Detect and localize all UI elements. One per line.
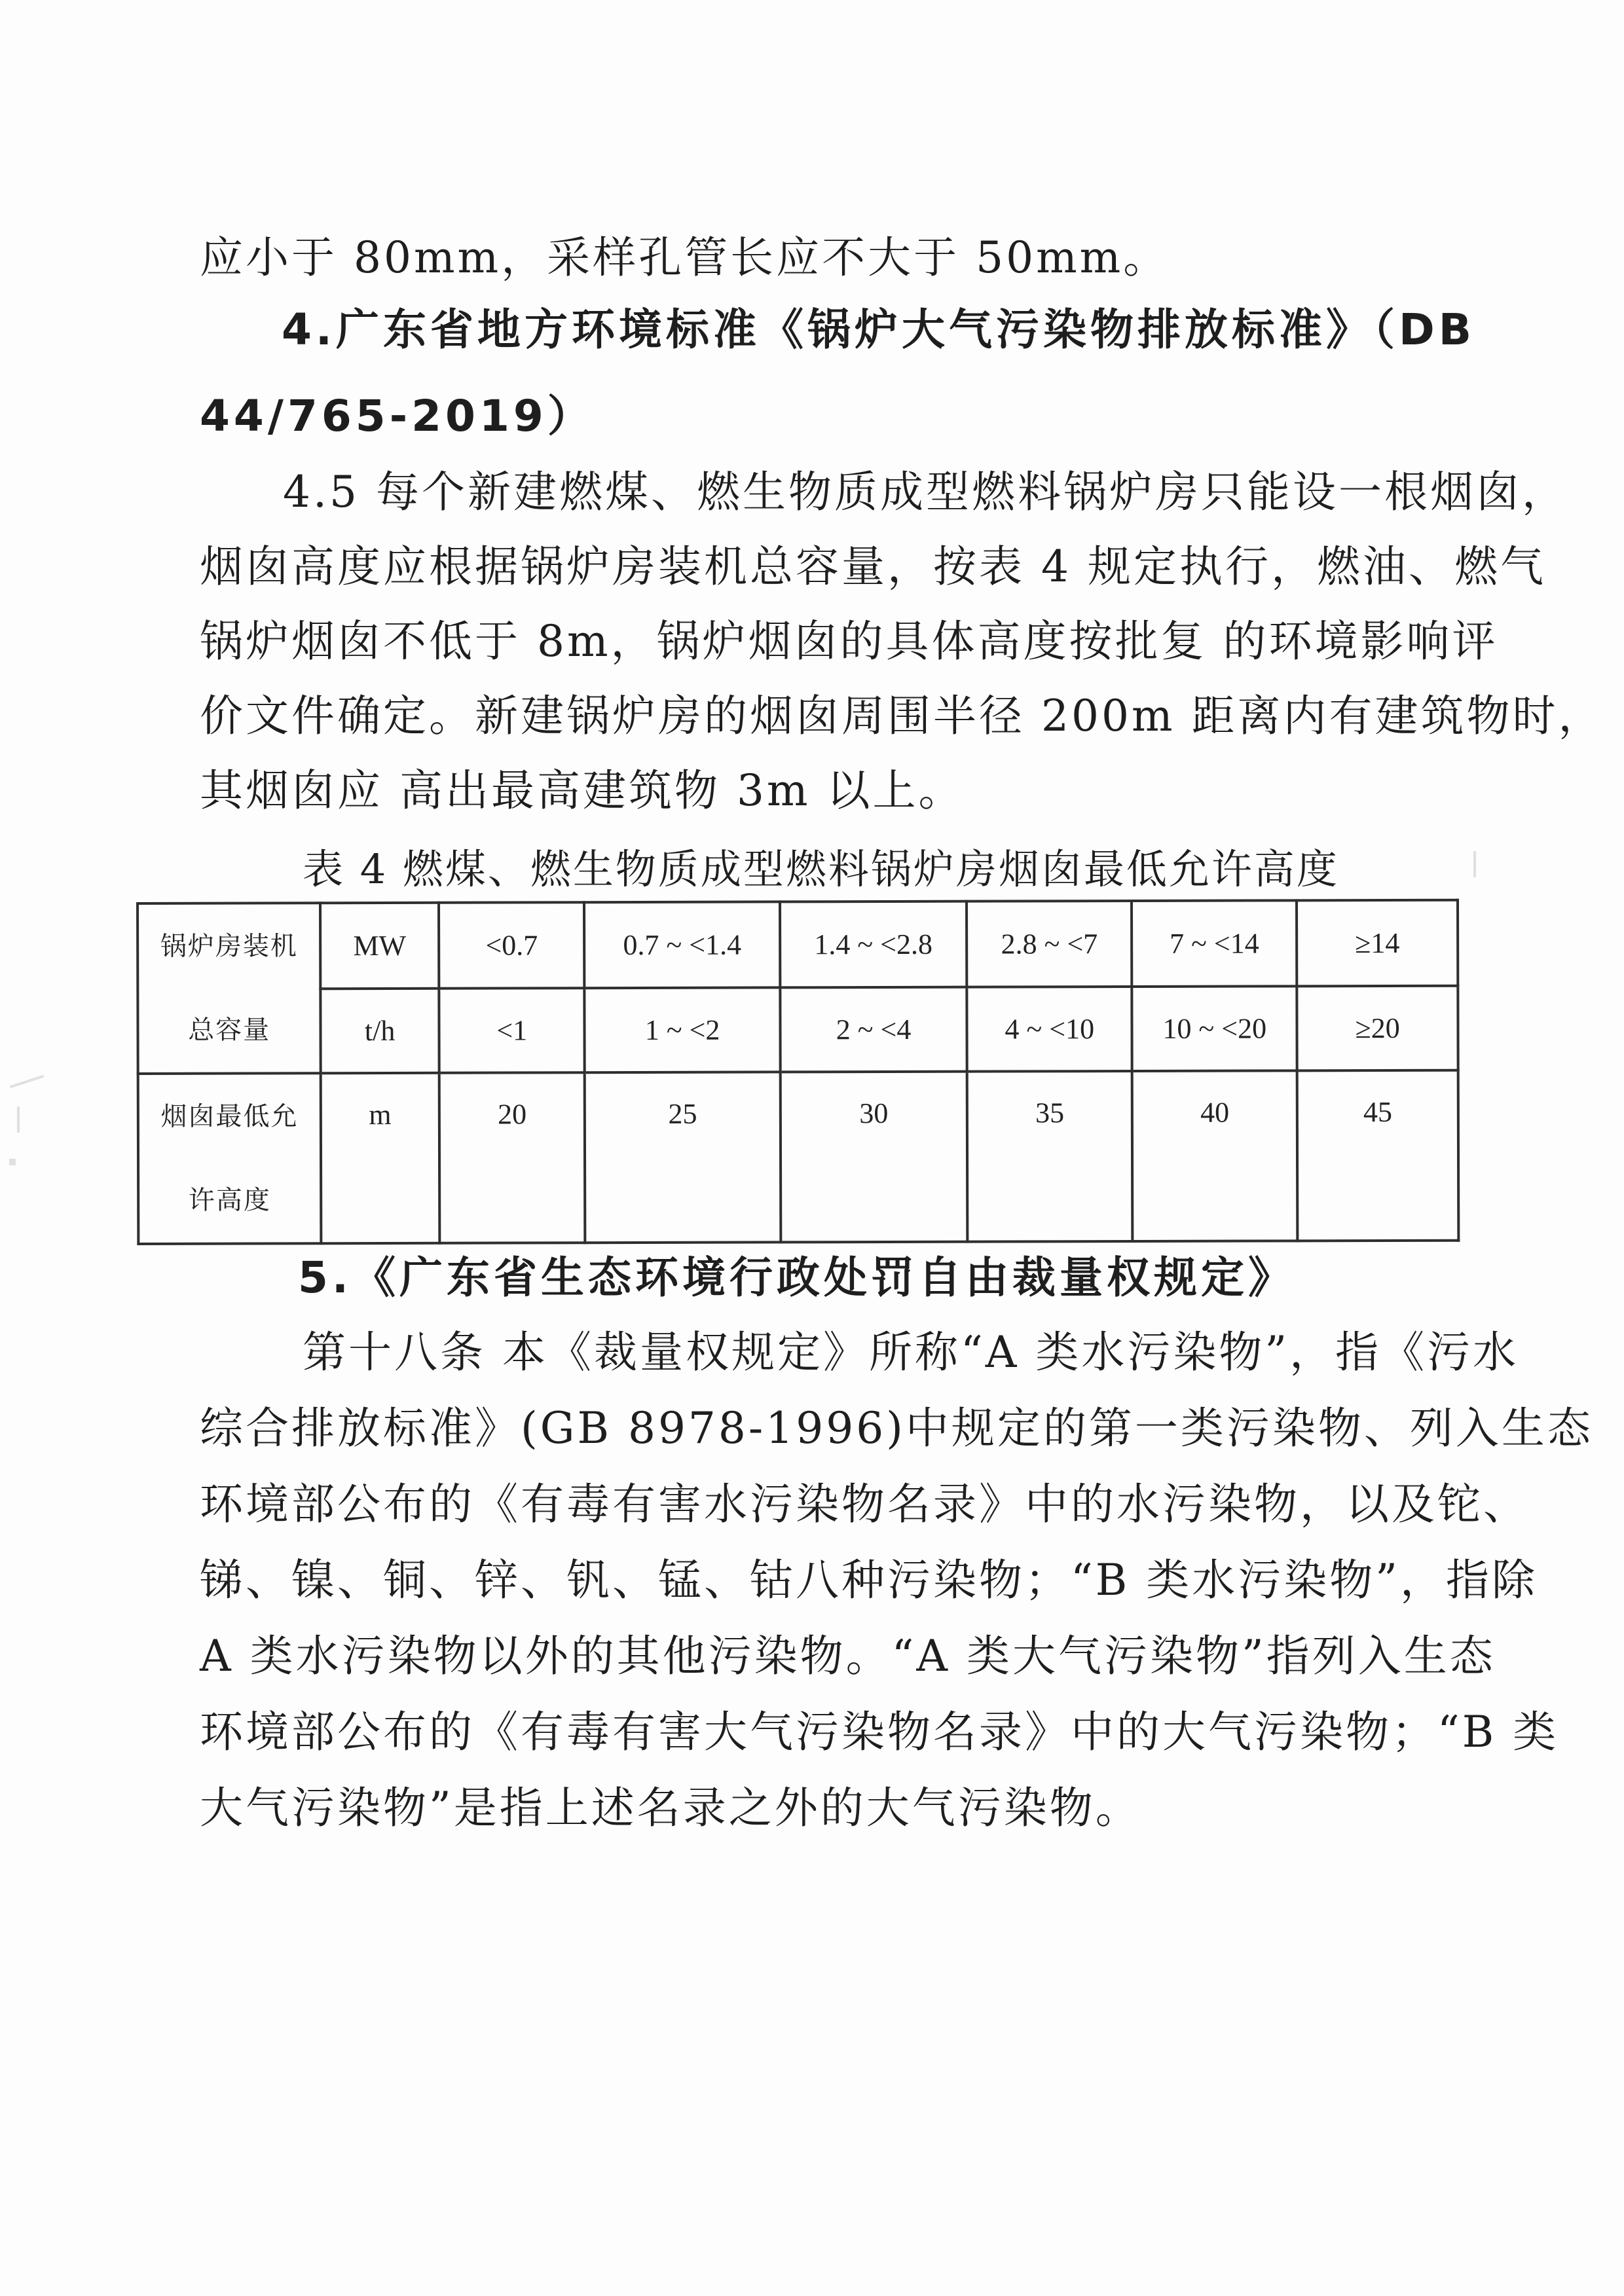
article-18-line4: 锑、镍、铜、锌、钒、锰、钴八种污染物；“B 类水污染物”，指除 xyxy=(200,1554,1538,1607)
mw-range-cell: ≥14 xyxy=(1297,900,1458,987)
scan-artifact xyxy=(10,1075,45,1088)
th-range-cell: 1 ~ <2 xyxy=(585,987,781,1072)
table-row-th: t/h <1 1 ~ <2 2 ~ <4 4 ~ <10 10 ~ <20 ≥2… xyxy=(138,986,1458,1074)
height-label-cell: 烟囱最低允 许高度 xyxy=(138,1073,322,1244)
clause-4-5-line3: 锅炉烟囱不低于 8m，锅炉烟囱的具体高度按批复 的环境影响评 xyxy=(200,615,1498,668)
height-label-line1: 烟囱最低允 xyxy=(139,1074,320,1159)
mw-range-cell: 7 ~ <14 xyxy=(1132,900,1297,987)
th-range-cell: 4 ~ <10 xyxy=(967,987,1132,1072)
clause-4-5-line1: 4.5 每个新建燃煤、燃生物质成型燃料锅炉房只能设一根烟囱， xyxy=(283,466,1568,519)
article-18-line3: 环境部公布的《有毒有害水污染物名录》中的水污染物，以及铊、 xyxy=(200,1478,1529,1531)
height-value-cell: 40 xyxy=(1132,1070,1298,1241)
mw-range-cell: 0.7 ~ <1.4 xyxy=(584,902,780,988)
unit-m: m xyxy=(321,1073,439,1243)
scan-artifact xyxy=(17,1106,20,1133)
capacity-label-line1: 锅炉房装机 xyxy=(139,904,320,989)
table-row-height: 烟囱最低允 许高度 m 20 25 30 35 40 45 xyxy=(138,1070,1459,1244)
clause-4-5-line2: 烟囱高度应根据锅炉房装机总容量，按表 4 规定执行，燃油、燃气 xyxy=(200,541,1546,593)
capacity-label-line2: 总容量 xyxy=(139,988,320,1072)
clause-4-5-line5: 其烟囱应 高出最高建筑物 3m 以上。 xyxy=(200,765,965,817)
article-18-line5: A 类水污染物以外的其他污染物。“A 类大气污染物”指列入生态 xyxy=(200,1630,1496,1683)
th-range-cell: <1 xyxy=(439,988,585,1073)
th-range-cell: ≥20 xyxy=(1297,986,1458,1071)
section-4-heading-line1: 4.广东省地方环境标准《锅炉大气污染物排放标准》（DB xyxy=(282,304,1475,356)
article-18-line2: 综合排放标准》(GB 8978-1996)中规定的第一类污染物、列入生态 xyxy=(200,1402,1593,1455)
table-4-chimney-height: 锅炉房装机 总容量 MW <0.7 0.7 ~ <1.4 1.4 ~ <2.8 … xyxy=(136,899,1460,1245)
mw-range-cell: <0.7 xyxy=(439,902,585,989)
scan-artifact xyxy=(1473,851,1476,877)
clause-4-5-line4: 价文件确定。新建锅炉房的烟囱周围半径 200m 距离内有建筑物时， xyxy=(200,690,1604,742)
unit-th: t/h xyxy=(321,989,439,1073)
table-row-mw: 锅炉房装机 总容量 MW <0.7 0.7 ~ <1.4 1.4 ~ <2.8 … xyxy=(138,900,1458,989)
unit-mw: MW xyxy=(320,903,439,989)
mw-range-cell: 2.8 ~ <7 xyxy=(967,901,1132,987)
height-value-cell: 20 xyxy=(439,1072,585,1243)
section-4-heading-line2: 44/765-2019） xyxy=(200,390,595,443)
height-value-cell: 35 xyxy=(967,1071,1133,1242)
th-range-cell: 10 ~ <20 xyxy=(1132,986,1297,1071)
capacity-label-cell: 锅炉房装机 总容量 xyxy=(138,903,321,1074)
height-value-cell: 45 xyxy=(1297,1070,1458,1241)
paragraph-continuation: 应小于 80mm，采样孔管长应不大于 50mm。 xyxy=(200,232,1169,284)
scanned-document-page: 应小于 80mm，采样孔管长应不大于 50mm。 4.广东省地方环境标准《锅炉大… xyxy=(0,0,1624,2296)
th-range-cell: 2 ~ <4 xyxy=(780,987,967,1072)
height-value-cell: 30 xyxy=(780,1072,967,1243)
section-5-heading: 5.《广东省生态环境行政处罚自由裁量权规定》 xyxy=(298,1252,1295,1304)
article-18-line7: 大气污染物”是指上述名录之外的大气污染物。 xyxy=(200,1782,1141,1834)
mw-range-cell: 1.4 ~ <2.8 xyxy=(780,902,967,988)
article-18-line1: 第十八条 本《裁量权规定》所称“A 类水污染物”，指《污水 xyxy=(303,1326,1519,1379)
table-4-caption: 表 4 燃煤、燃生物质成型燃料锅炉房烟囱最低允许高度 xyxy=(303,845,1339,894)
article-18-line6: 环境部公布的《有毒有害大气污染物名录》中的大气污染物；“B 类 xyxy=(200,1706,1559,1758)
scan-artifact xyxy=(9,1159,16,1165)
height-label-line2: 许高度 xyxy=(139,1158,320,1243)
height-value-cell: 25 xyxy=(585,1072,781,1243)
